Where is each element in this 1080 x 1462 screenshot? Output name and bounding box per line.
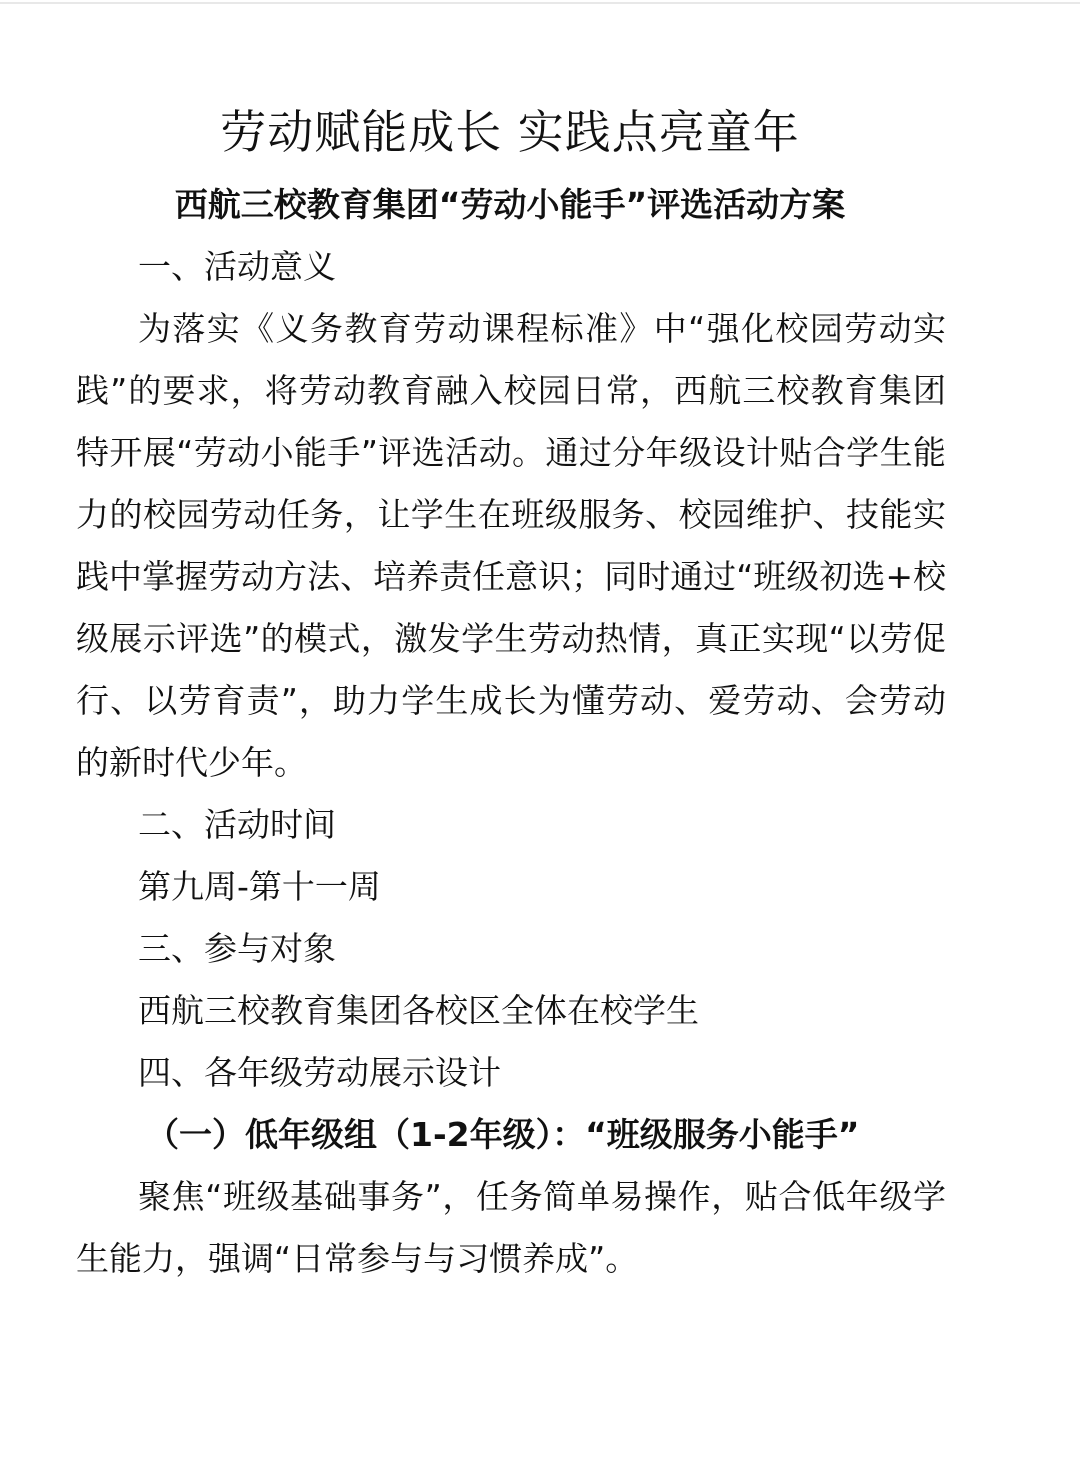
subsection-paragraph: 聚焦“班级基础事务”，任务简单易操作，贴合低年级学生能力，强调“日常参与与习惯养… [76,1166,946,1290]
subsection-heading: （一）低年级组（1-2年级）：“班级服务小能手” [76,1104,946,1166]
subsection-lower-grades: （一）低年级组（1-2年级）：“班级服务小能手” 聚焦“班级基础事务”，任务简单… [76,1104,946,1290]
section-heading: 四、各年级劳动展示设计 [76,1042,946,1104]
document-body: 一、活动意义 为落实《义务教育劳动课程标准》中“强化校园劳动实践”的要求，将劳动… [76,236,946,1290]
section-paragraph: 为落实《义务教育劳动课程标准》中“强化校园劳动实践”的要求，将劳动教育融入校园日… [76,298,946,794]
section-grade-design: 四、各年级劳动展示设计 （一）低年级组（1-2年级）：“班级服务小能手” 聚焦“… [76,1042,946,1290]
section-time: 二、活动时间 第九周-第十一周 [76,794,946,918]
document-title: 劳动赋能成长 实践点亮童年 [0,102,1020,162]
section-heading: 一、活动意义 [76,236,946,298]
section-paragraph: 第九周-第十一周 [76,856,946,918]
section-significance: 一、活动意义 为落实《义务教育劳动课程标准》中“强化校园劳动实践”的要求，将劳动… [76,236,946,794]
document-subtitle: 西航三校教育集团“劳动小能手”评选活动方案 [0,182,1020,228]
section-paragraph: 西航三校教育集团各校区全体在校学生 [76,980,946,1042]
section-participants: 三、参与对象 西航三校教育集团各校区全体在校学生 [76,918,946,1042]
top-divider [0,2,1080,4]
section-heading: 二、活动时间 [76,794,946,856]
section-heading: 三、参与对象 [76,918,946,980]
